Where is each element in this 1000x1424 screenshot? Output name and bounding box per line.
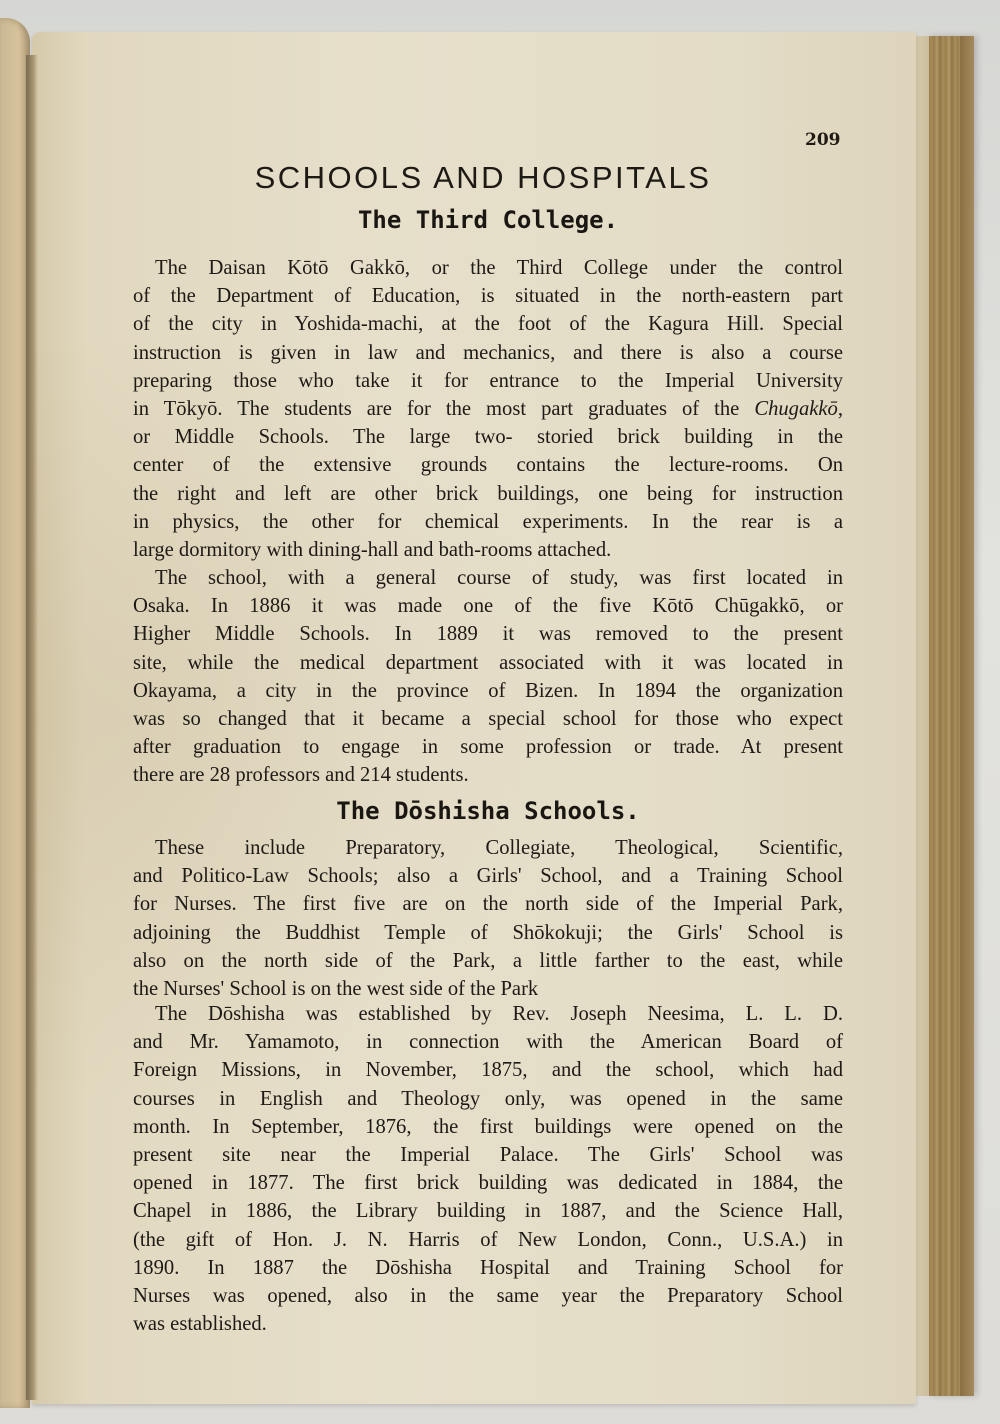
text-line: instruction is given in law and mechanic…	[133, 339, 843, 367]
page-number: 209	[805, 130, 841, 150]
text-line: also on the north side of the Park, a li…	[133, 947, 843, 975]
text-line: in Tōkyō. The students are for the most …	[133, 395, 843, 423]
paragraph-third-college-1: The Daisan Kōtō Gakkō, or the Third Coll…	[133, 254, 843, 564]
text-line: there are 28 professors and 214 students…	[133, 761, 843, 789]
text-line: Chapel in 1886, the Library building in …	[133, 1197, 843, 1225]
italic-term: Chugakkō	[754, 398, 838, 420]
text-line: These include Preparatory, Collegiate, T…	[133, 834, 843, 862]
paragraph-doshisha-1: These include Preparatory, Collegiate, T…	[133, 834, 843, 1003]
text-line: courses in English and Theology only, wa…	[133, 1085, 843, 1113]
text-line: large dormitory with dining-hall and bat…	[133, 536, 843, 564]
paragraph-doshisha-2: The Dōshisha was established by Rev. Jos…	[133, 1000, 843, 1338]
text-line: center of the extensive grounds contains…	[133, 451, 843, 479]
text-line: Nurses was opened, also in the same year…	[133, 1282, 843, 1310]
text-line: opened in 1877. The first brick building…	[133, 1169, 843, 1197]
running-head: SCHOOLS AND HOSPITALS	[0, 160, 966, 196]
text-line: the Nurses' School is on the west side o…	[133, 975, 843, 1003]
text-line: and Politico-Law Schools; also a Girls' …	[133, 862, 843, 890]
text-line: Okayama, a city in the province of Bizen…	[133, 677, 843, 705]
text-line: The Daisan Kōtō Gakkō, or the Third Coll…	[133, 254, 843, 282]
text-line: of the city in Yoshida-machi, at the foo…	[133, 310, 843, 338]
text-line: of the Department of Education, is situa…	[133, 282, 843, 310]
text-line: adjoining the Buddhist Temple of Shōkoku…	[133, 919, 843, 947]
section-title-third-college: The Third College.	[130, 206, 846, 234]
text-line: or Middle Schools. The large two- storie…	[133, 423, 843, 451]
text-line: Osaka. In 1886 it was made one of the fi…	[133, 592, 843, 620]
text-line: Higher Middle Schools. In 1889 it was re…	[133, 620, 843, 648]
text-line: preparing those who take it for entrance…	[133, 367, 843, 395]
text-line: the right and left are other brick build…	[133, 480, 843, 508]
text-line: site, while the medical department assoc…	[133, 649, 843, 677]
text-line: 1890. In 1887 the Dōshisha Hospital and …	[133, 1254, 843, 1282]
text-line: in physics, the other for chemical exper…	[133, 508, 843, 536]
text-line: The school, with a general course of stu…	[133, 564, 843, 592]
text-line: Foreign Missions, in November, 1875, and…	[133, 1056, 843, 1084]
paragraph-third-college-2: The school, with a general course of stu…	[133, 564, 843, 790]
page-gutter-shadow	[26, 55, 38, 1400]
section-title-doshisha-schools: The Dōshisha Schools.	[130, 797, 846, 825]
text-line: month. In September, 1876, the first bui…	[133, 1113, 843, 1141]
text-line: and Mr. Yamamoto, in connection with the…	[133, 1028, 843, 1056]
text-line: for Nurses. The first five are on the no…	[133, 890, 843, 918]
book-cover-edge	[928, 36, 974, 1396]
text-line: The Dōshisha was established by Rev. Jos…	[133, 1000, 843, 1028]
text-line: was so changed that it became a special …	[133, 705, 843, 733]
text-line: (the gift of Hon. J. N. Harris of New Lo…	[133, 1226, 843, 1254]
text-line: was established.	[133, 1310, 843, 1338]
page-fore-edge	[914, 36, 929, 1396]
text-line: after graduation to engage in some profe…	[133, 733, 843, 761]
text-line: present site near the Imperial Palace. T…	[133, 1141, 843, 1169]
